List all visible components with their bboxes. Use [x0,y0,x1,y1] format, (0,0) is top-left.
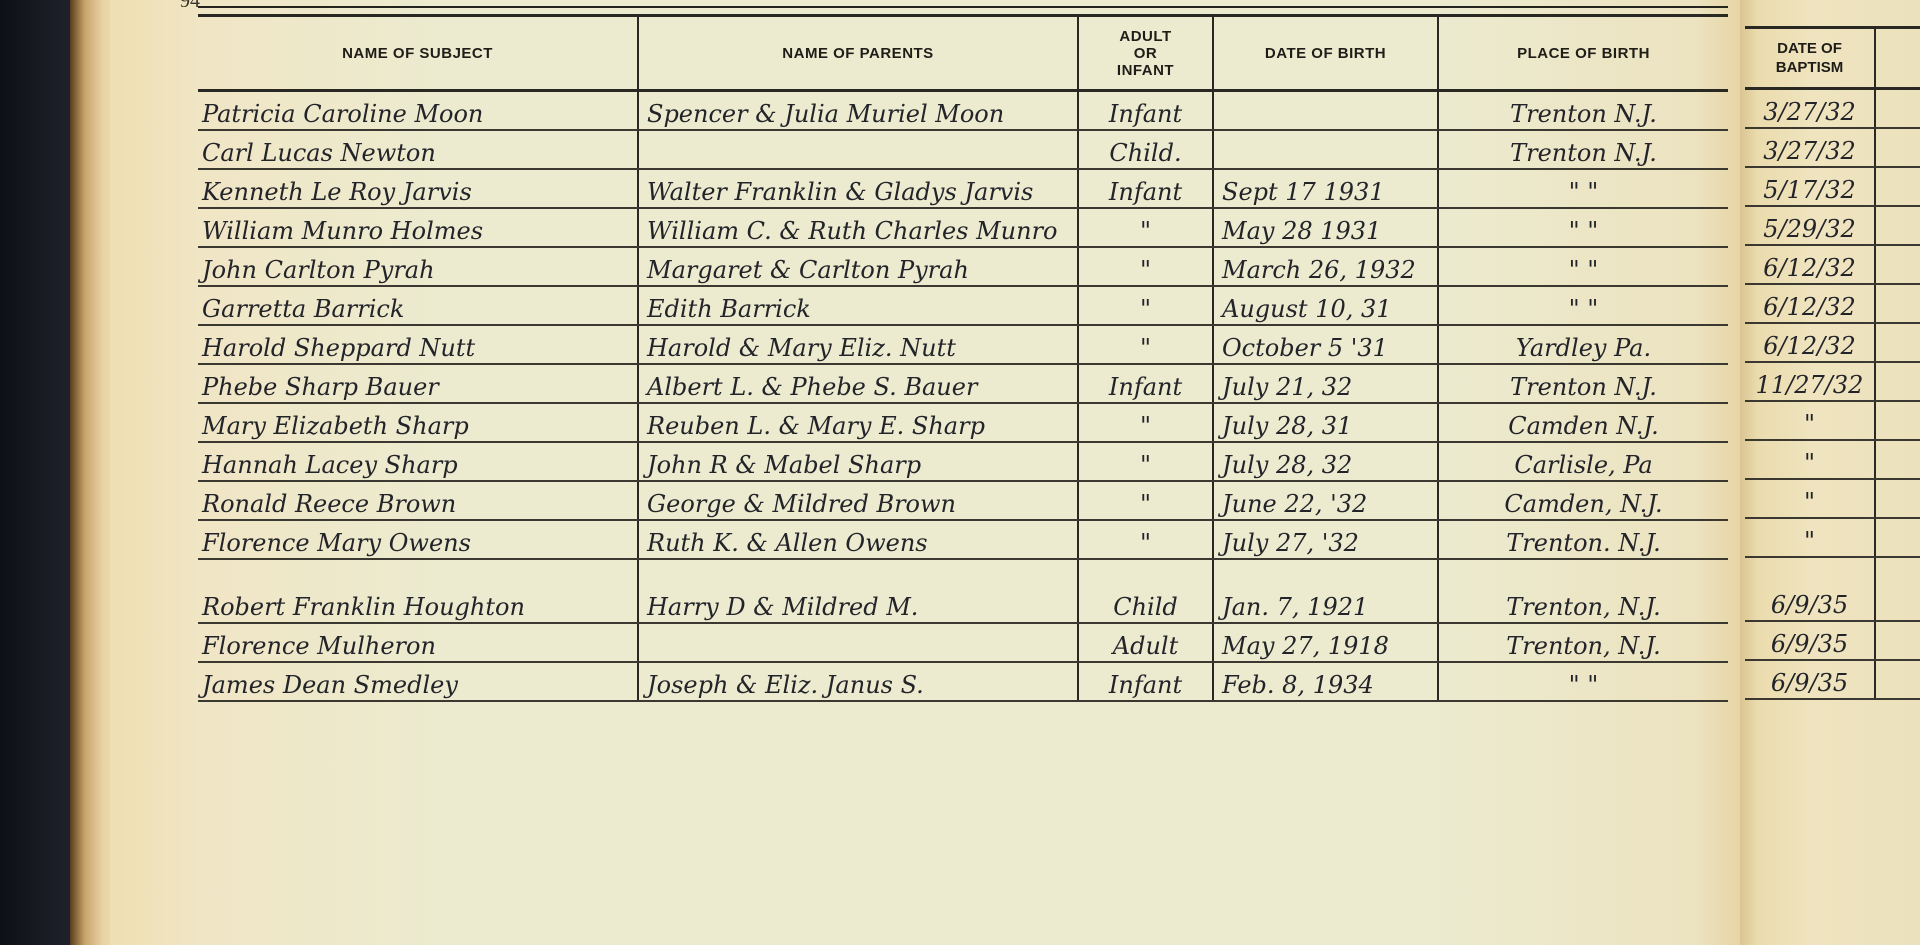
adult-infant-cell: Adult [1078,623,1213,662]
subject-cell: Kenneth Le Roy Jarvis [198,169,638,208]
date-of-baptism-cell: 5/17/32 [1745,167,1875,206]
place-of-birth-cell: Camden, N.J. [1438,481,1728,520]
date-of-birth-cell: July 27, '32 [1213,520,1438,559]
table-row: Mary Elizabeth SharpReuben L. & Mary E. … [198,403,1728,442]
blank-cell [1875,128,1920,167]
header-parents: NAME OF PARENTS [638,16,1078,91]
parents-cell: Reuben L. & Mary E. Sharp [638,403,1078,442]
adult-infant-cell: " [1078,481,1213,520]
parents-cell: George & Mildred Brown [638,481,1078,520]
adult-infant-cell: Infant [1078,364,1213,403]
header-adult-infant: ADULT OR INFANT [1078,16,1213,91]
blank-cell [1875,518,1920,557]
parents-cell [638,623,1078,662]
parents-cell: Ruth K. & Allen Owens [638,520,1078,559]
parents-cell: Walter Franklin & Gladys Jarvis [638,169,1078,208]
date-of-baptism-cell: " [1745,518,1875,557]
subject-cell: Hannah Lacey Sharp [198,442,638,481]
adult-infant-cell: Infant [1078,169,1213,208]
subject-cell: Florence Mulheron [198,623,638,662]
parents-cell: William C. & Ruth Charles Munro [638,208,1078,247]
date-of-baptism-cell: 6/9/35 [1745,557,1875,621]
subject-cell: Carl Lucas Newton [198,130,638,169]
table-row: Hannah Lacey SharpJohn R & Mabel Sharp"J… [198,442,1728,481]
table-row: Kenneth Le Roy JarvisWalter Franklin & G… [198,169,1728,208]
header-subject: NAME OF SUBJECT [198,16,638,91]
blank-cell [1875,167,1920,206]
header-date-of-birth: DATE OF BIRTH [1213,16,1438,91]
date-of-birth-cell: March 26, 1932 [1213,247,1438,286]
parents-cell: Margaret & Carlton Pyrah [638,247,1078,286]
table-row: 6/12/32 [1745,284,1920,323]
adult-infant-cell: Child [1078,559,1213,623]
header-date-of-baptism: DATE OF BAPTISM [1745,28,1875,89]
date-of-birth-cell: October 5 '31 [1213,325,1438,364]
table-row: William Munro HolmesWilliam C. & Ruth Ch… [198,208,1728,247]
place-of-birth-cell: Trenton N.J. [1438,130,1728,169]
place-of-birth-cell: Trenton N.J. [1438,91,1728,131]
table-row: Garretta BarrickEdith Barrick"August 10,… [198,286,1728,325]
subject-cell: Florence Mary Owens [198,520,638,559]
subject-cell: John Carlton Pyrah [198,247,638,286]
adult-infant-cell: Infant [1078,662,1213,701]
parents-cell: Spencer & Julia Muriel Moon [638,91,1078,131]
date-of-birth-cell: May 27, 1918 [1213,623,1438,662]
date-of-baptism-cell: 3/27/32 [1745,89,1875,129]
date-of-baptism-cell: " [1745,479,1875,518]
table-row: Robert Franklin HoughtonHarry D & Mildre… [198,559,1728,623]
place-of-birth-cell: Camden N.J. [1438,403,1728,442]
date-of-birth-cell: July 28, 32 [1213,442,1438,481]
parents-cell: Harold & Mary Eliz. Nutt [638,325,1078,364]
blank-cell [1875,362,1920,401]
header-place-of-birth: PLACE OF BIRTH [1438,16,1728,91]
table-row: Florence Mary OwensRuth K. & Allen Owens… [198,520,1728,559]
date-of-birth-cell [1213,130,1438,169]
table-row: 6/12/32 [1745,245,1920,284]
adult-infant-cell: Infant [1078,91,1213,131]
place-of-birth-cell: " " [1438,286,1728,325]
adult-infant-cell: " [1078,403,1213,442]
parents-cell [638,130,1078,169]
subject-cell: Ronald Reece Brown [198,481,638,520]
subject-cell: Garretta Barrick [198,286,638,325]
parents-cell: Albert L. & Phebe S. Bauer [638,364,1078,403]
table-row: Carl Lucas NewtonChild.Trenton N.J. [198,130,1728,169]
table-row: 6/9/35 [1745,621,1920,660]
date-of-birth-cell: Feb. 8, 1934 [1213,662,1438,701]
header-row-right: DATE OF BAPTISM [1745,28,1920,89]
blank-cell [1875,284,1920,323]
adult-infant-cell: " [1078,442,1213,481]
date-of-baptism-cell: 3/27/32 [1745,128,1875,167]
table-row: 6/9/35 [1745,557,1920,621]
date-of-baptism-cell: 11/27/32 [1745,362,1875,401]
blank-cell [1875,621,1920,660]
header-row: NAME OF SUBJECT NAME OF PARENTS ADULT OR… [198,16,1728,91]
table-row: 3/27/32 [1745,128,1920,167]
date-of-birth-cell: August 10, 31 [1213,286,1438,325]
adult-infant-cell: " [1078,286,1213,325]
date-of-birth-cell: Jan. 7, 1921 [1213,559,1438,623]
place-of-birth-cell: " " [1438,662,1728,701]
adult-infant-cell: " [1078,325,1213,364]
parents-cell: Harry D & Mildred M. [638,559,1078,623]
adult-infant-cell: " [1078,247,1213,286]
parents-cell: John R & Mabel Sharp [638,442,1078,481]
baptism-date-table: DATE OF BAPTISM 3/27/323/27/325/17/325/2… [1745,26,1920,700]
date-of-birth-cell: Sept 17 1931 [1213,169,1438,208]
subject-cell: Robert Franklin Houghton [198,559,638,623]
blank-cell [1875,323,1920,362]
blank-cell [1875,440,1920,479]
blank-cell [1875,89,1920,129]
subject-cell: Patricia Caroline Moon [198,91,638,131]
place-of-birth-cell: Carlisle, Pa [1438,442,1728,481]
table-row: 6/12/32 [1745,323,1920,362]
blank-cell [1875,557,1920,621]
subject-cell: James Dean Smedley [198,662,638,701]
table-row: Ronald Reece BrownGeorge & Mildred Brown… [198,481,1728,520]
place-of-birth-cell: Trenton, N.J. [1438,623,1728,662]
date-of-birth-cell: July 21, 32 [1213,364,1438,403]
place-of-birth-cell: Trenton. N.J. [1438,520,1728,559]
date-of-baptism-cell: 6/12/32 [1745,245,1875,284]
date-of-birth-cell [1213,91,1438,131]
subject-cell: Mary Elizabeth Sharp [198,403,638,442]
table-row: 3/27/32 [1745,89,1920,129]
adult-infant-cell: " [1078,208,1213,247]
place-of-birth-cell: Trenton, N.J. [1438,559,1728,623]
table-row: Phebe Sharp BauerAlbert L. & Phebe S. Ba… [198,364,1728,403]
place-of-birth-cell: " " [1438,247,1728,286]
date-of-birth-cell: May 28 1931 [1213,208,1438,247]
blank-cell [1875,401,1920,440]
date-of-birth-cell: July 28, 31 [1213,403,1438,442]
blank-cell [1875,479,1920,518]
place-of-birth-cell: " " [1438,169,1728,208]
place-of-birth-cell: Yardley Pa. [1438,325,1728,364]
top-rule [198,6,1728,8]
table-row: " [1745,479,1920,518]
table-row: Harold Sheppard NuttHarold & Mary Eliz. … [198,325,1728,364]
page-number: 94 [180,0,200,13]
place-of-birth-cell: " " [1438,208,1728,247]
table-row: Florence MulheronAdultMay 27, 1918Trento… [198,623,1728,662]
date-of-baptism-cell: 5/29/32 [1745,206,1875,245]
subject-cell: Phebe Sharp Bauer [198,364,638,403]
table-row: 6/9/35 [1745,660,1920,699]
date-of-birth-cell: June 22, '32 [1213,481,1438,520]
blank-cell [1875,660,1920,699]
blank-cell [1875,245,1920,284]
subject-cell: William Munro Holmes [198,208,638,247]
table-row: John Carlton PyrahMargaret & Carlton Pyr… [198,247,1728,286]
date-of-baptism-cell: 6/9/35 [1745,660,1875,699]
table-row: 5/17/32 [1745,167,1920,206]
date-of-baptism-cell: 6/9/35 [1745,621,1875,660]
blank-cell [1875,206,1920,245]
table-row: " [1745,401,1920,440]
table-row: " [1745,440,1920,479]
adult-infant-cell: Child. [1078,130,1213,169]
parents-cell: Joseph & Eliz. Janus S. [638,662,1078,701]
table-row: 5/29/32 [1745,206,1920,245]
place-of-birth-cell: Trenton N.J. [1438,364,1728,403]
table-row: James Dean SmedleyJoseph & Eliz. Janus S… [198,662,1728,701]
adult-infant-cell: " [1078,520,1213,559]
parents-cell: Edith Barrick [638,286,1078,325]
date-of-baptism-cell: 6/12/32 [1745,284,1875,323]
date-of-baptism-cell: 6/12/32 [1745,323,1875,362]
table-row: Patricia Caroline MoonSpencer & Julia Mu… [198,91,1728,131]
subject-cell: Harold Sheppard Nutt [198,325,638,364]
register-table: NAME OF SUBJECT NAME OF PARENTS ADULT OR… [198,14,1728,702]
date-of-baptism-cell: " [1745,401,1875,440]
table-row: 11/27/32 [1745,362,1920,401]
date-of-baptism-cell: " [1745,440,1875,479]
table-row: " [1745,518,1920,557]
header-blank [1875,28,1920,89]
